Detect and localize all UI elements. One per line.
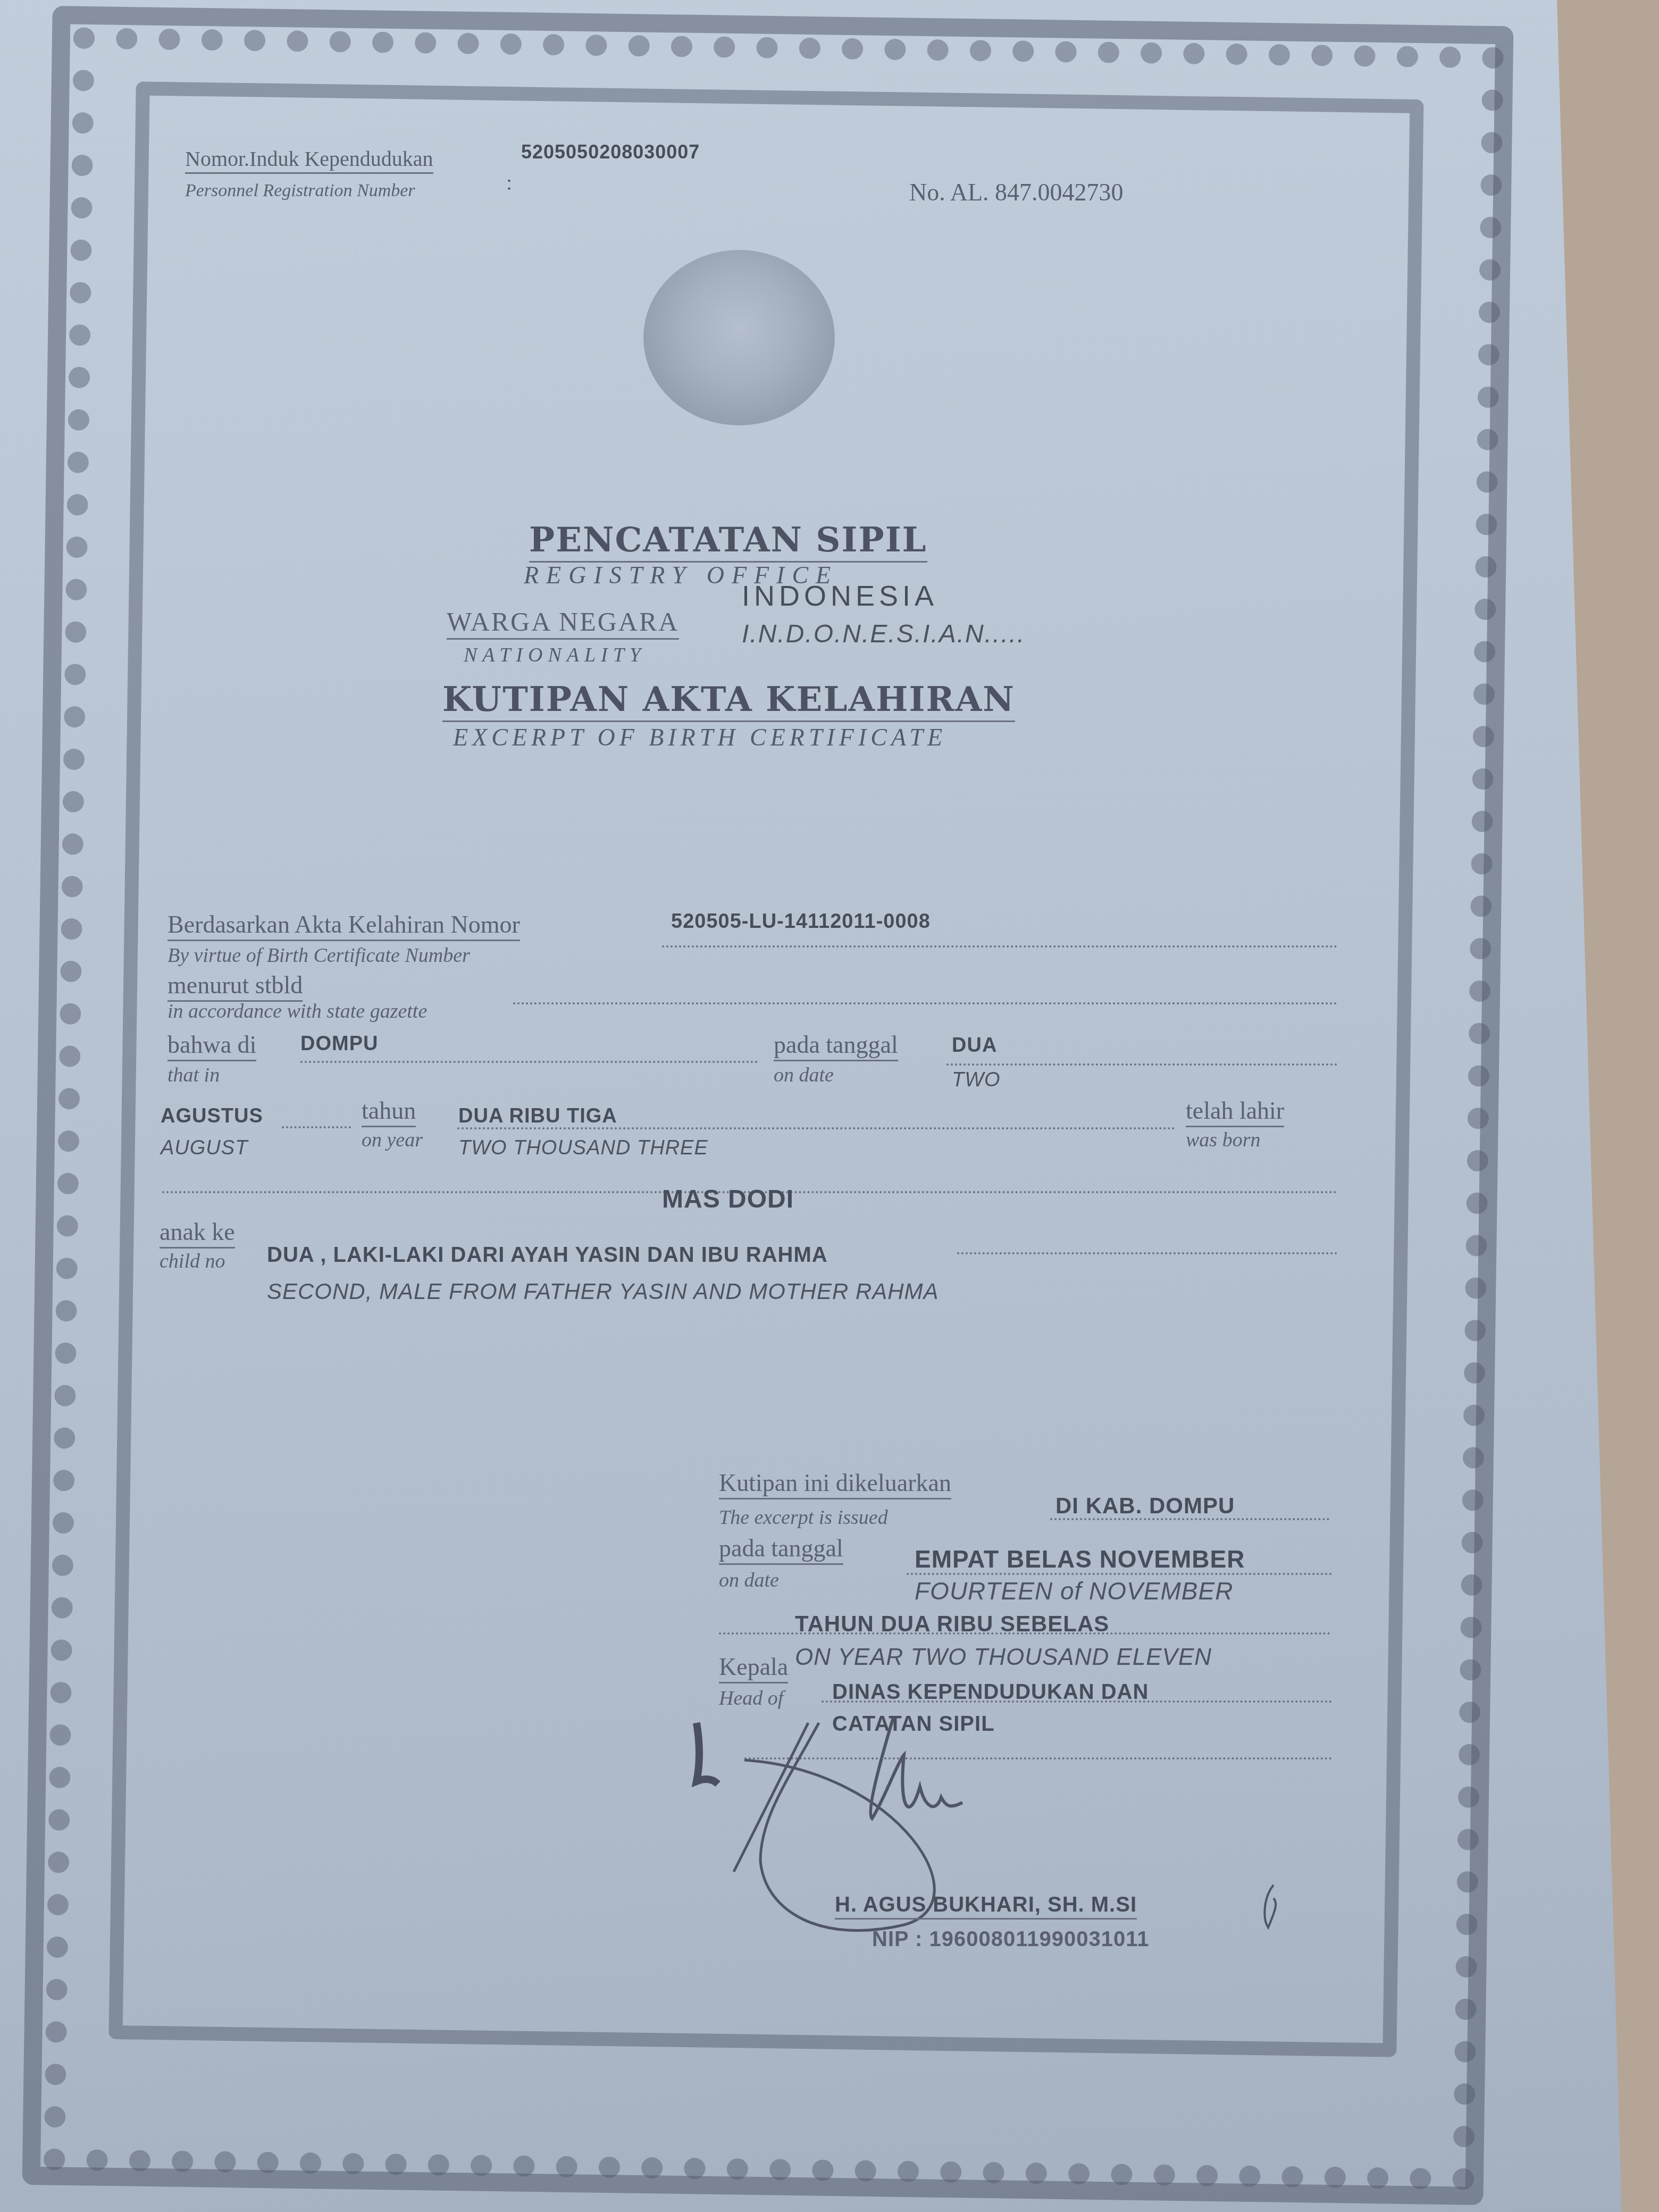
cert-no-label: Berdasarkan Akta Kelahiran Nomor [167, 910, 520, 941]
stbld-label-en: in accordance with state gazette [167, 1000, 427, 1023]
place-value: DOMPU [300, 1033, 378, 1055]
cert-no-label-en: By virtue of Birth Certificate Number [167, 944, 470, 967]
official-nip: NIP : 196008011990031011 [872, 1928, 1150, 1951]
official-name: H. AGUS BUKHARI, SH. M.SI [835, 1893, 1137, 1920]
issue-date-value: EMPAT BELAS NOVEMBER [915, 1545, 1245, 1573]
issued-label: Kutipan ini dikeluarkan [719, 1469, 951, 1499]
nationality-label: WARGA NEGARA [447, 606, 679, 640]
nik-colon: : [506, 170, 512, 195]
birth-year-dotted-line [457, 1127, 1175, 1129]
child-name: MAS DODI [662, 1185, 794, 1214]
birth-year-label-en: on year [362, 1128, 423, 1152]
head-label: Kepala [719, 1653, 788, 1683]
birth-date-label: pada tanggal [774, 1030, 898, 1061]
birth-month-value: AGUSTUS [161, 1105, 263, 1128]
issue-date-label: pada tanggal [719, 1534, 843, 1565]
child-no-label: anak ke [160, 1218, 235, 1249]
nationality-value: I.N.D.O.N.E.S.I.A.N..... [742, 619, 1025, 649]
born-label-en: was born [1186, 1128, 1260, 1152]
nik-label: Nomor.Induk Kependudukan [185, 146, 433, 174]
child-description: DUA , LAKI-LAKI DARI AYAH YASIN DAN IBU … [267, 1243, 828, 1267]
document-title-en: EXCERPT OF BIRTH CERTIFICATE [453, 723, 946, 751]
child-no-label-en: child no [160, 1250, 225, 1273]
born-label: telah lahir [1186, 1096, 1284, 1127]
garuda-emblem-seal-icon [643, 250, 835, 425]
birth-day-dotted-line [946, 1063, 1337, 1066]
issue-year-value-en: ON YEAR TWO THOUSAND ELEVEN [795, 1644, 1212, 1671]
serial-number: No. AL. 847.0042730 [909, 178, 1124, 206]
nik-value: 5205050208030007 [521, 141, 700, 163]
issued-label-en: The excerpt is issued [719, 1506, 888, 1529]
child-description-dotted-line [957, 1252, 1337, 1254]
issued-place-dotted-line [1050, 1518, 1329, 1520]
certificate-content: Nomor.Induk Kependudukan Personnel Regis… [0, 0, 1659, 2212]
initial-mark-icon [1258, 1882, 1284, 1930]
place-label: bahwa di [167, 1030, 256, 1061]
birth-date-label-en: on date [774, 1063, 834, 1087]
office-stamp: INDONESIA [742, 580, 938, 613]
birth-year-value-en: TWO THOUSAND THREE [458, 1137, 708, 1160]
birth-month-dotted-line [282, 1126, 351, 1128]
document-title: KUTIPAN AKTA KELAHIRAN [442, 680, 1015, 722]
stbld-dotted-line [513, 1002, 1337, 1004]
cert-no-dotted-line [662, 945, 1337, 948]
issue-date-value-en: FOURTEEN of NOVEMBER [915, 1577, 1233, 1605]
issue-date-dotted-line [907, 1573, 1332, 1575]
birth-year-label: tahun [362, 1096, 416, 1127]
nik-label-en: Personnel Registration Number [185, 181, 415, 201]
issue-date-label-en: on date [719, 1569, 779, 1592]
issue-year-value: TAHUN DUA RIBU SEBELAS [795, 1611, 1109, 1637]
birth-year-value: DUA RIBU TIGA [458, 1105, 617, 1128]
child-description-en: SECOND, MALE FROM FATHER YASIN AND MOTHE… [267, 1279, 939, 1304]
birth-day-value-en: TWO [952, 1069, 1001, 1092]
cert-no-value: 520505-LU-14112011-0008 [671, 910, 931, 933]
birth-month-value-en: AUGUST [161, 1137, 248, 1160]
stbld-label: menurut stbld [167, 971, 303, 1002]
nationality-label-en: NATIONALITY [464, 643, 646, 667]
place-dotted-line [300, 1061, 758, 1063]
birth-day-value: DUA [952, 1034, 997, 1057]
place-label-en: that in [167, 1063, 220, 1087]
office-title: PENCATATAN SIPIL [529, 520, 927, 563]
issued-place: DI KAB. DOMPU [1055, 1493, 1235, 1519]
